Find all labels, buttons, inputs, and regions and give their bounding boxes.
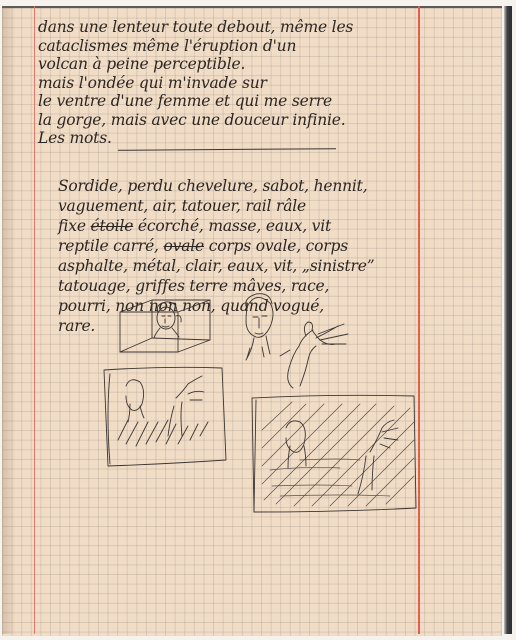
raised-hand-sketch (280, 322, 348, 388)
sketches-area (0, 0, 516, 640)
cube-sketch (120, 300, 210, 352)
framed-figure-large-sketch (252, 395, 416, 512)
framed-figure-small-sketch (104, 367, 226, 466)
face-in-cube-sketch (154, 302, 181, 338)
face-portrait-sketch (246, 294, 273, 360)
